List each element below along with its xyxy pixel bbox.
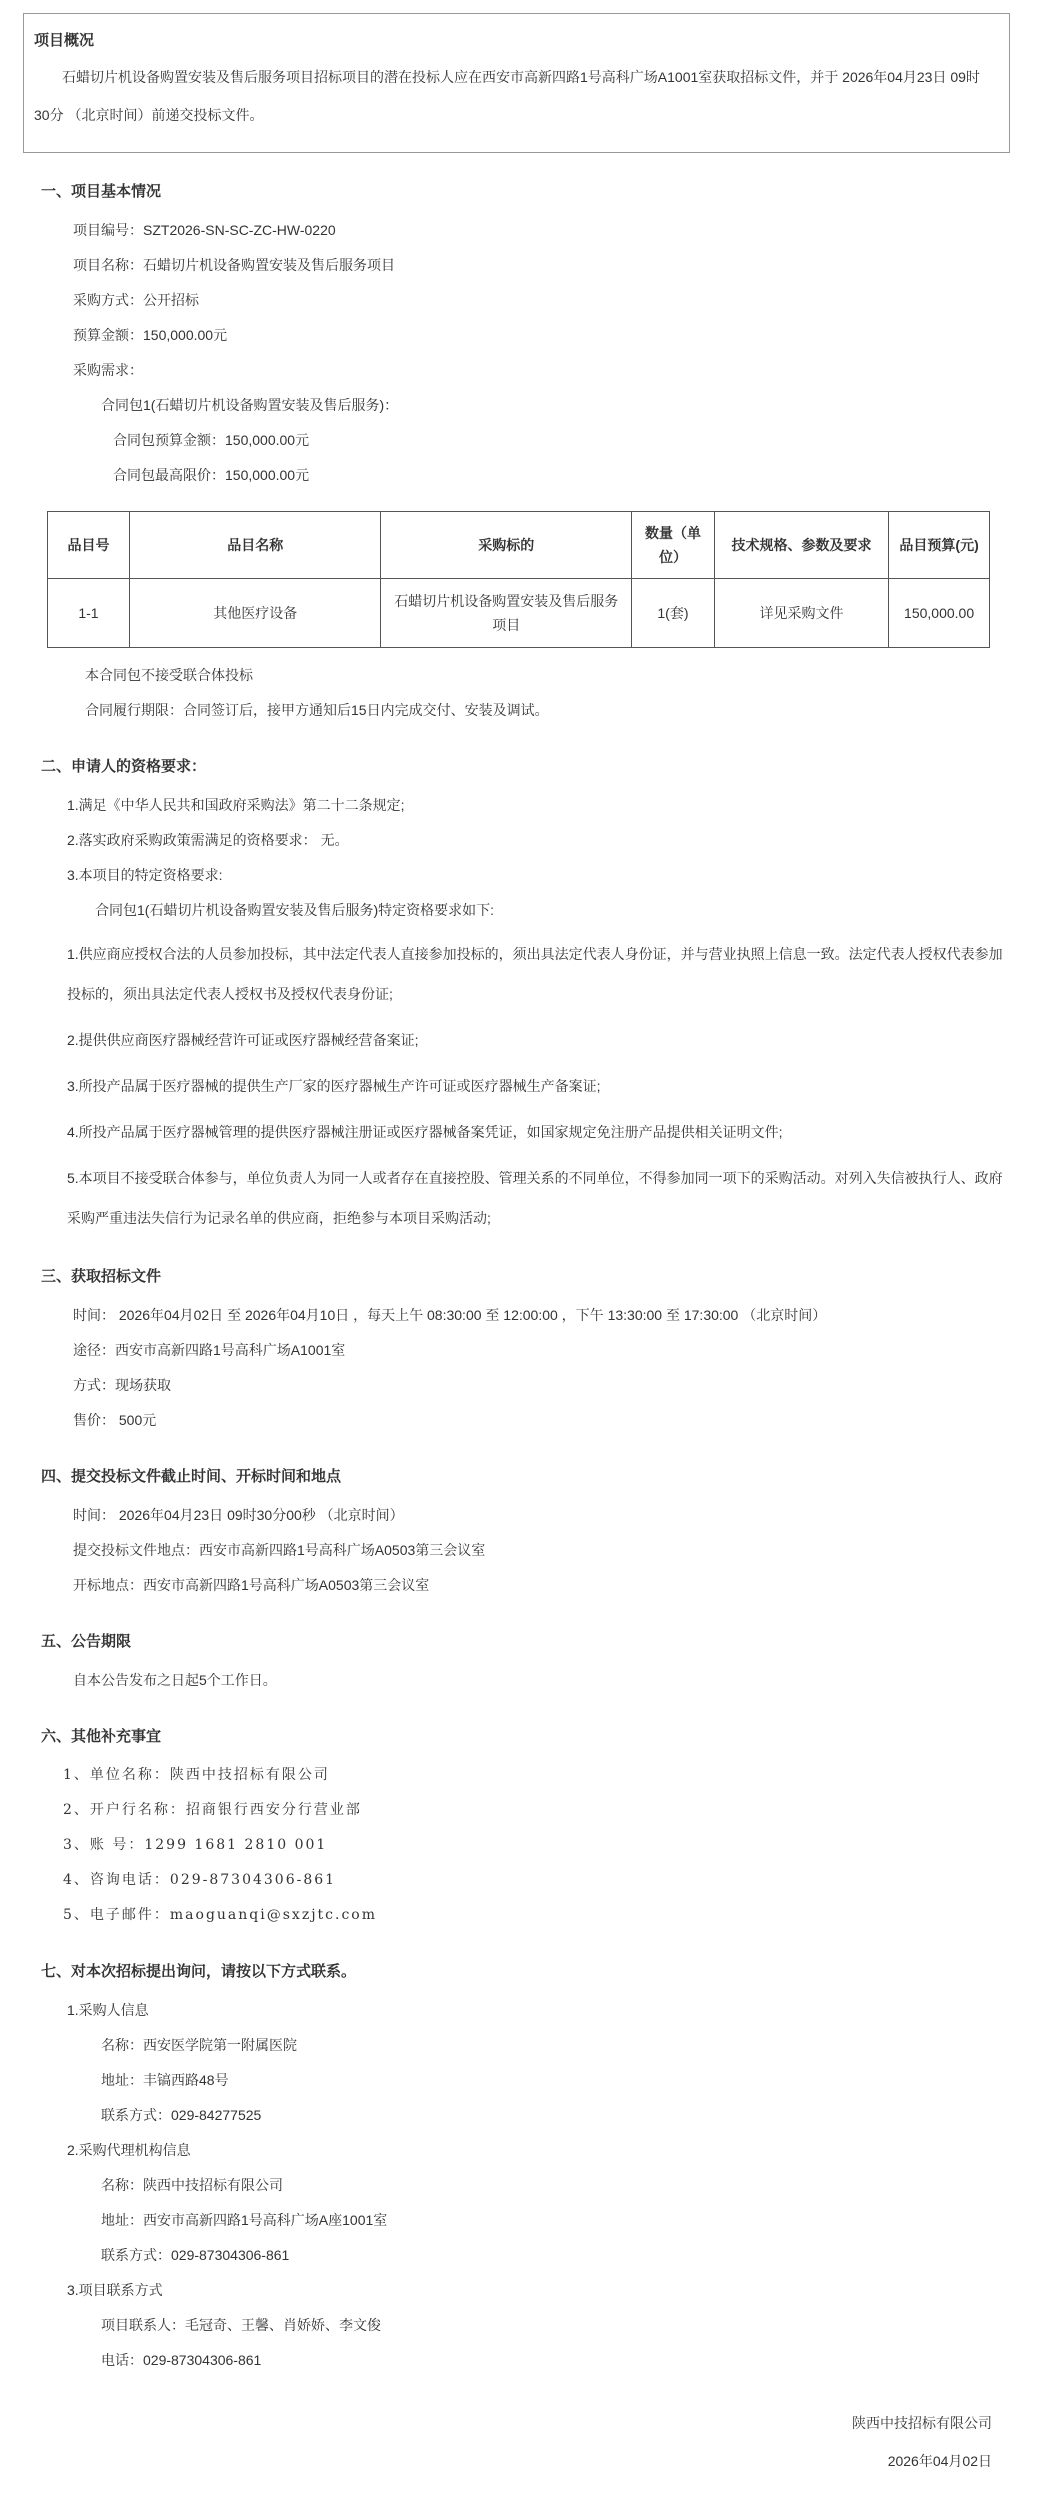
qualification-law: 1.满足《中华人民共和国政府采购法》第二十二条规定; (23, 788, 1010, 823)
supplement-email: 5、电子邮件：maoguanqi@sxzjtc.com (23, 1898, 1010, 1933)
procurement-demand-label: 采购需求： (23, 353, 1010, 388)
col-header-item-name: 品目名称 (129, 512, 381, 579)
specific-requirement-4: 4.所投产品属于医疗器械管理的提供医疗器械注册证或医疗器械备案凭证，如国家规定免… (23, 1112, 1010, 1152)
col-header-quantity: 数量（单位） (632, 512, 715, 579)
section-1-heading: 一、项目基本情况 (23, 177, 1010, 207)
supplement-account-number: 3、账 号：1299 1681 2810 001 (23, 1828, 1010, 1863)
cell-subject: 石蜡切片机设备购置安装及售后服务项目 (381, 579, 632, 648)
package-budget: 合同包预算金额：150,000.00元 (23, 423, 1010, 458)
agency-info-title: 2.采购代理机构信息 (23, 2133, 1010, 2168)
contract-package-title: 合同包1(石蜡切片机设备购置安装及售后服务)： (23, 388, 1010, 423)
footer-company: 陕西中技招标有限公司 (23, 2404, 992, 2442)
specific-requirement-3: 3.所投产品属于医疗器械的提供生产厂家的医疗器械生产许可证或医疗器械生产备案证; (23, 1066, 1010, 1106)
purchaser-contact: 联系方式：029-84277525 (23, 2098, 1010, 2133)
project-name: 项目名称：石蜡切片机设备购置安装及售后服务项目 (23, 248, 1010, 283)
section-4-heading: 四、提交投标文件截止时间、开标时间和地点 (23, 1462, 1010, 1492)
project-number: 项目编号：SZT2026-SN-SC-ZC-HW-0220 (23, 213, 1010, 248)
budget-amount: 预算金额：150,000.00元 (23, 318, 1010, 353)
table-row: 1-1 其他医疗设备 石蜡切片机设备购置安装及售后服务项目 1(套) 详见采购文… (48, 579, 990, 648)
section-6-heading: 六、其他补充事宜 (23, 1722, 1010, 1752)
purchaser-name: 名称：西安医学院第一附属医院 (23, 2028, 1010, 2063)
agency-contact: 联系方式：029-87304306-861 (23, 2238, 1010, 2273)
specific-requirement-2: 2.提供供应商医疗器械经营许可证或医疗器械经营备案证; (23, 1020, 1010, 1060)
footer-date: 2026年04月02日 (23, 2442, 992, 2480)
purchaser-info-title: 1.采购人信息 (23, 1993, 1010, 2028)
cell-budget: 150,000.00 (889, 579, 990, 648)
qualification-specific-label: 3.本项目的特定资格要求: (23, 858, 1010, 893)
package-qualification-intro: 合同包1(石蜡切片机设备购置安装及售后服务)特定资格要求如下: (23, 893, 1010, 928)
announcement-period: 自本公告发布之日起5个工作日。 (23, 1663, 1010, 1698)
doc-price: 售价： 500元 (23, 1403, 1010, 1438)
section-7-heading: 七、对本次招标提出询问，请按以下方式联系。 (23, 1957, 1010, 1987)
footer: 陕西中技招标有限公司 2026年04月02日 (23, 2404, 1010, 2480)
section-3-heading: 三、获取招标文件 (23, 1262, 1010, 1292)
col-header-specs: 技术规格、参数及要求 (714, 512, 888, 579)
specific-requirement-5: 5.本项目不接受联合体参与，单位负责人为同一人或者存在直接控股、管理关系的不同单… (23, 1158, 1010, 1238)
package-max-price: 合同包最高限价：150,000.00元 (23, 458, 1010, 493)
col-header-budget: 品目预算(元) (889, 512, 990, 579)
overview-paragraph: 石蜡切片机设备购置安装及售后服务项目招标项目的潜在投标人应在西安市高新四路1号高… (34, 58, 985, 134)
bid-submission-place: 提交投标文件地点：西安市高新四路1号高科广场A0503第三会议室 (23, 1533, 1010, 1568)
bid-deadline-time: 时间： 2026年04月23日 09时30分00秒 （北京时间） (23, 1498, 1010, 1533)
project-contacts: 项目联系人：毛冠奇、王馨、肖娇娇、李文俊 (23, 2308, 1010, 2343)
project-contact-title: 3.项目联系方式 (23, 2273, 1010, 2308)
procurement-method: 采购方式：公开招标 (23, 283, 1010, 318)
table-header-row: 品目号 品目名称 采购标的 数量（单位） 技术规格、参数及要求 品目预算(元) (48, 512, 990, 579)
items-table: 品目号 品目名称 采购标的 数量（单位） 技术规格、参数及要求 品目预算(元) … (47, 511, 990, 648)
specific-requirement-1: 1.供应商应授权合法的人员参加投标，其中法定代表人直接参加投标的，须出具法定代表… (23, 934, 1010, 1014)
contract-period: 合同履行期限：合同签订后，接甲方通知后15日内完成交付、安装及调试。 (23, 693, 1010, 728)
purchaser-address: 地址：丰镐西路48号 (23, 2063, 1010, 2098)
supplement-company-name: 1、单位名称：陕西中技招标有限公司 (23, 1758, 1010, 1793)
project-overview-box: 项目概况 石蜡切片机设备购置安装及售后服务项目招标项目的潜在投标人应在西安市高新… (23, 13, 1010, 153)
agency-address: 地址：西安市高新四路1号高科广场A座1001室 (23, 2203, 1010, 2238)
qualification-policy: 2.落实政府采购政策需满足的资格要求： 无。 (23, 823, 1010, 858)
cell-quantity: 1(套) (632, 579, 715, 648)
cell-item-name: 其他医疗设备 (129, 579, 381, 648)
supplement-inquiry-phone: 4、咨询电话：029-87304306-861 (23, 1863, 1010, 1898)
no-consortium-note: 本合同包不接受联合体投标 (23, 658, 1010, 693)
cell-item-no: 1-1 (48, 579, 130, 648)
supplement-bank-name: 2、开户行名称：招商银行西安分行营业部 (23, 1793, 1010, 1828)
agency-name: 名称：陕西中技招标有限公司 (23, 2168, 1010, 2203)
section-2-heading: 二、申请人的资格要求： (23, 752, 1010, 782)
cell-specs: 详见采购文件 (714, 579, 888, 648)
project-phone: 电话：029-87304306-861 (23, 2343, 1010, 2378)
col-header-subject: 采购标的 (381, 512, 632, 579)
doc-obtain-place: 途径：西安市高新四路1号高科广场A1001室 (23, 1333, 1010, 1368)
col-header-item-no: 品目号 (48, 512, 130, 579)
bid-opening-place: 开标地点：西安市高新四路1号高科广场A0503第三会议室 (23, 1568, 1010, 1603)
doc-obtain-time: 时间： 2026年04月02日 至 2026年04月10日 ，每天上午 08:3… (23, 1298, 1010, 1333)
tender-announcement-page: 项目概况 石蜡切片机设备购置安装及售后服务项目招标项目的潜在投标人应在西安市高新… (0, 0, 1037, 2510)
section-5-heading: 五、公告期限 (23, 1627, 1010, 1657)
doc-obtain-method: 方式：现场获取 (23, 1368, 1010, 1403)
overview-title: 项目概况 (34, 26, 985, 56)
